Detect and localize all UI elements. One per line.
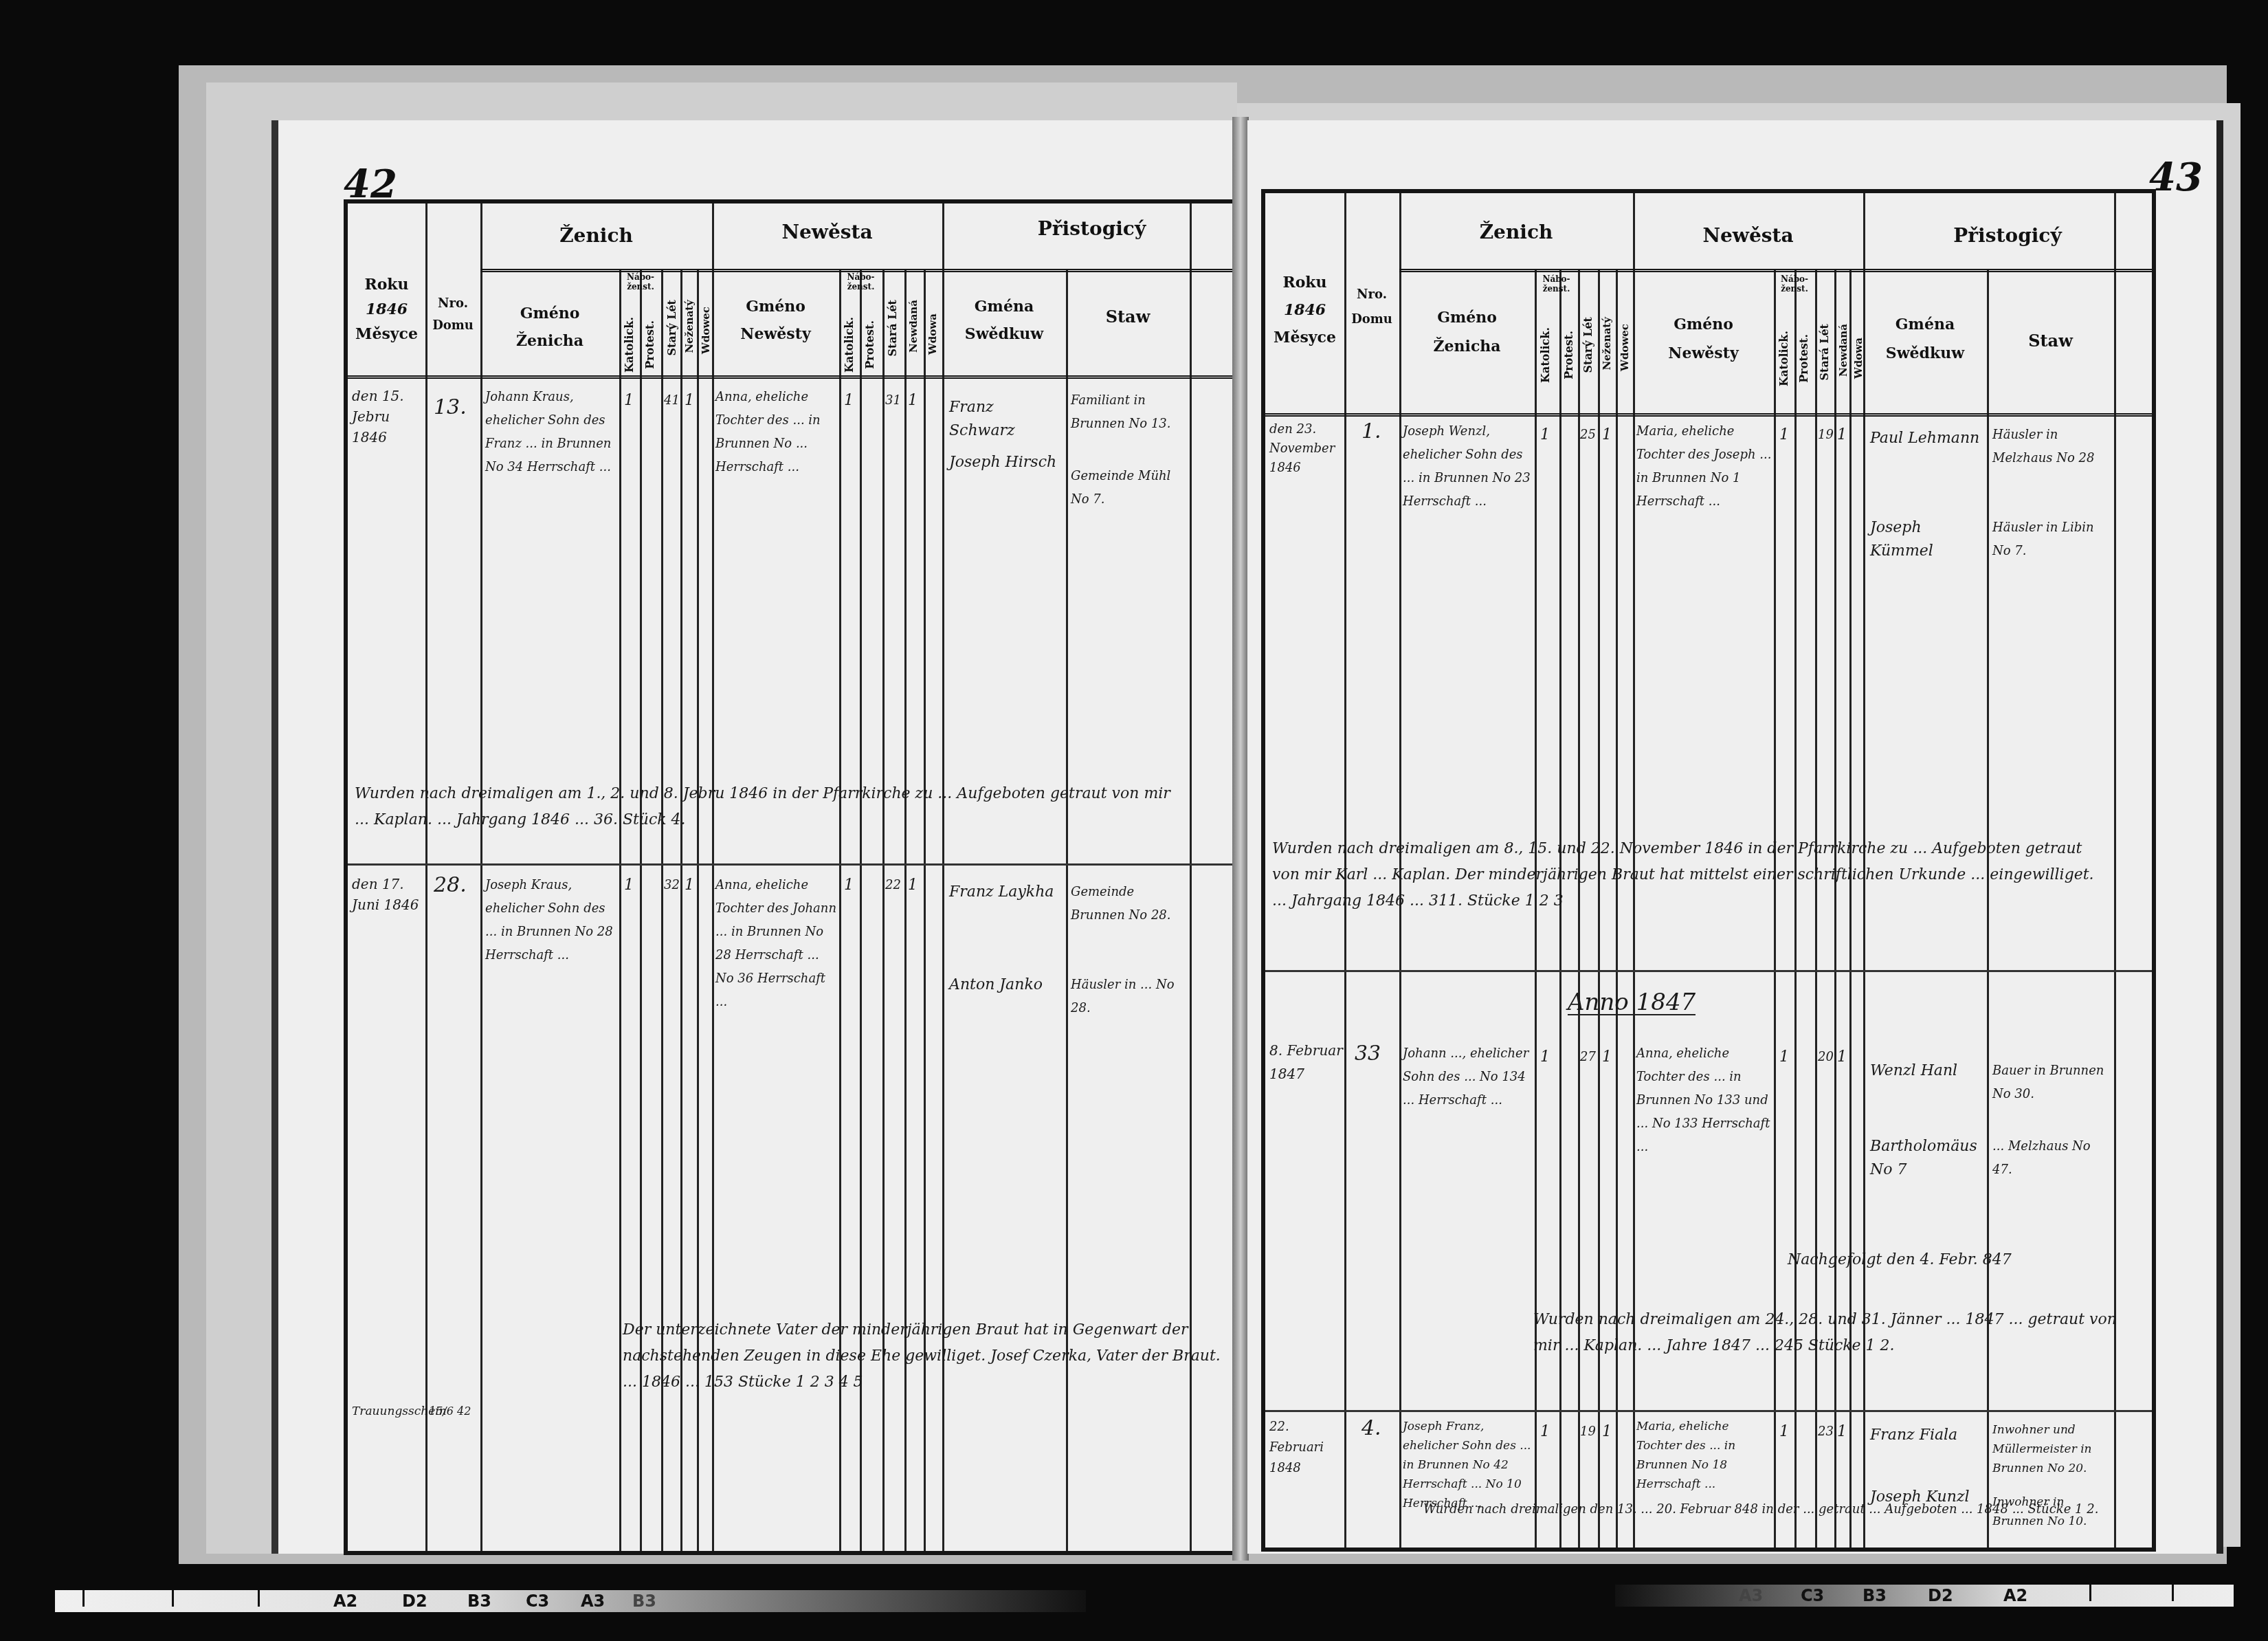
- header-year: 1846: [348, 297, 425, 322]
- scale-label: D2: [402, 1592, 427, 1611]
- header-zenicha: Ženicha: [480, 327, 619, 355]
- entry-groom-katol: 1: [1540, 1046, 1550, 1069]
- scale-label: B3: [1863, 1586, 1887, 1605]
- entry-groom-age: 41: [664, 389, 680, 412]
- header-pristogicy: Přistogicý: [942, 217, 1241, 240]
- entry-groom-katol: 1: [1540, 1420, 1550, 1444]
- header-stara-let: Stará Lét: [886, 300, 899, 357]
- entry-bride-age: 22: [885, 874, 901, 897]
- header-wdowec: Wdowec: [700, 307, 712, 354]
- entry-groom: Johann ..., ehelicher Sohn des ... No 13…: [1403, 1042, 1532, 1112]
- header-katolick-bride: Katolick.: [843, 317, 856, 373]
- entry-groom: Joseph Franz, ehelicher Sohn des ... in …: [1403, 1417, 1532, 1513]
- entry-date: den 15. Jebru 1846: [352, 386, 424, 448]
- entry-status-2: Häusler in ... No 28.: [1071, 973, 1188, 1020]
- header-protest-bride: Protest.: [863, 320, 876, 369]
- header-mesyce: Měsyce: [348, 322, 425, 346]
- scale-label: B3: [467, 1592, 491, 1611]
- header-nabozenst-bride: Nábo- ženst.: [839, 272, 882, 291]
- header-staw: Staw: [1987, 331, 2114, 351]
- header-zenich: Ženich: [1399, 221, 1633, 243]
- header-mesyce: Měsyce: [1265, 324, 1344, 351]
- entry-date: 8. Februar 1847: [1269, 1039, 1344, 1086]
- header-zenicha: Ženicha: [1399, 332, 1535, 361]
- entry-bride-katol: 1: [1779, 1420, 1789, 1444]
- entry-bride-age: 19: [1818, 423, 1834, 447]
- scale-bar-right: A3 C3 B3 D2 A2: [1615, 1585, 2234, 1607]
- entry-groom-katol: 1: [1540, 423, 1550, 447]
- entry-groom: Johann Kraus, ehelicher Sohn des Franz .…: [485, 386, 616, 479]
- entry-groom-katol: 1: [624, 389, 634, 412]
- entry-bride: Maria, eheliche Tochter des Joseph ... i…: [1636, 420, 1772, 514]
- header-swedkuw: Swědkuw: [942, 320, 1066, 348]
- entry-house-no: 1.: [1361, 420, 1381, 443]
- entry-witness-2: Anton Janko: [949, 973, 1063, 997]
- entry-house-no: 13.: [434, 396, 467, 419]
- header-pristogicy: Přistogicý: [1863, 224, 2152, 247]
- entry-bride-katol: 1: [1779, 1046, 1789, 1069]
- entry-bride-single: 1: [908, 389, 918, 412]
- right-register-table: Roku 1846 Měsyce Nro. Domu Ženich Newěst…: [1261, 189, 2156, 1552]
- entry-bride-age: 20: [1818, 1046, 1834, 1069]
- right-page-number: 43: [2149, 155, 2203, 200]
- scale-label: C3: [526, 1592, 549, 1611]
- entry-status-2: Gemeinde Mühl No 7.: [1071, 465, 1188, 511]
- header-year: 1846: [1265, 296, 1344, 324]
- header-roku: Roku: [348, 272, 425, 297]
- scale-label: A3: [581, 1592, 605, 1611]
- entry-witness-1: Wenzl Hanl: [1870, 1059, 1983, 1083]
- entry-house-no: 4.: [1361, 1417, 1381, 1440]
- entry-note: Der unterzeichnete Vater der minderjähri…: [623, 1317, 1227, 1396]
- entry-bride-age: 23: [1818, 1420, 1834, 1444]
- entry-date: 22. Februari 1848: [1269, 1417, 1344, 1479]
- entry-groom-single: 1: [1602, 1420, 1612, 1444]
- scale-bar-left: A2 D2 B3 C3 A3 B3: [55, 1590, 1086, 1612]
- header-domu: Domu: [1344, 307, 1399, 332]
- entry-bride-single: 1: [1837, 423, 1847, 447]
- header-stara-let: Stará Lét: [1818, 324, 1831, 381]
- scale-label: A2: [333, 1592, 357, 1611]
- entry-bride: Maria, eheliche Tochter des ... in Brunn…: [1636, 1417, 1772, 1494]
- entry-status-2: Häusler in Libin No 7.: [1992, 516, 2113, 563]
- entry-house-no: 28.: [434, 874, 467, 897]
- entry-note: Wurden nach dreimaligen am 8., 15. und 2…: [1272, 836, 2111, 914]
- entry-bride-single: 1: [1837, 1046, 1847, 1069]
- entry-groom-single: 1: [685, 874, 694, 897]
- entry-status-1: Bauer in Brunnen No 30.: [1992, 1059, 2113, 1106]
- entry-witness-2: Joseph Hirsch: [949, 451, 1063, 474]
- header-swedkuw: Swědkuw: [1863, 339, 1987, 368]
- header-gmeno-newesty: Gméno: [712, 293, 839, 320]
- entry-groom: Joseph Wenzl, ehelicher Sohn des ... in …: [1403, 420, 1532, 514]
- header-newdana: Newdaná: [907, 300, 920, 353]
- entry-groom-single: 1: [1602, 1046, 1612, 1069]
- header-protest: Protest.: [643, 320, 656, 369]
- entry-note: Wurden nach dreimaligen am 1., 2. und 8.…: [355, 781, 1179, 833]
- entry-witness-1: Franz Schwarz: [949, 396, 1063, 443]
- header-nro: Nro.: [425, 293, 480, 315]
- entry-status-1: Häusler in Melzhaus No 28: [1992, 423, 2113, 470]
- entry-date: den 23. November 1846: [1269, 420, 1344, 478]
- header-gmeno-newesty: Gméno: [1633, 310, 1774, 339]
- header-gmena: Gména: [1863, 310, 1987, 339]
- entry-bride-single: 1: [908, 874, 918, 897]
- entry-note: Wurden nach dreimaligen am 24., 28. und …: [1533, 1307, 2124, 1359]
- header-nezenaty: Neženatý: [683, 300, 696, 353]
- entry-extra-note: Nachgefolgt den 4. Febr. 847: [1788, 1248, 2117, 1272]
- header-protest: Protest.: [1562, 331, 1575, 379]
- entry-bride-age: 31: [885, 389, 901, 412]
- entry-bride: Anna, eheliche Tochter des ... in Brunne…: [715, 386, 838, 479]
- header-katolick: Katolick.: [1539, 327, 1552, 383]
- entry-groom-age: 27: [1580, 1046, 1596, 1069]
- entry-house-no: 33: [1355, 1042, 1381, 1066]
- entry-witness-2: Bartholomäus No 7: [1870, 1135, 1983, 1182]
- entry-date: den 17. Juni 1846: [352, 874, 424, 915]
- header-gmeno: Gméno: [1399, 303, 1535, 332]
- entry-groom-age: 32: [664, 874, 680, 897]
- scale-label: A3: [1739, 1586, 1763, 1605]
- entry-bride: Anna, eheliche Tochter des Johann ... in…: [715, 874, 838, 1014]
- entry-witness-1: Franz Fiala: [1870, 1424, 1983, 1447]
- scale-label: B3: [632, 1592, 656, 1611]
- header-katolick: Katolick.: [623, 317, 636, 373]
- header-nabozenst: Nábo- ženst.: [1535, 274, 1578, 294]
- entry-status-2: ... Melzhaus No 47.: [1992, 1135, 2113, 1182]
- right-page: 43 Roku 1846 Měsyce Nro. Domu Ženich New…: [1247, 120, 2223, 1554]
- entry-bride-single: 1: [1837, 1420, 1847, 1444]
- scale-label: D2: [1928, 1586, 1953, 1605]
- header-stary-let: Starý Lét: [665, 300, 678, 355]
- margin-note-label: Trauungsschein: [352, 1400, 424, 1423]
- header-nro: Nro.: [1344, 283, 1399, 307]
- header-gmeno: Gméno: [480, 300, 619, 327]
- entry-bride-katol: 1: [844, 389, 854, 412]
- header-protest-bride: Protest.: [1797, 334, 1810, 383]
- entry-groom-katol: 1: [624, 874, 634, 897]
- header-staw: Staw: [1066, 307, 1190, 327]
- entry-groom: Joseph Kraus, ehelicher Sohn des ... in …: [485, 874, 616, 967]
- header-roku: Roku: [1265, 269, 1344, 296]
- scale-label: A2: [2003, 1586, 2027, 1605]
- header-wdowa: Wdowa: [926, 313, 939, 355]
- entry-note: Wurden nach dreimaligen den 13. ... 20. …: [1423, 1499, 2111, 1520]
- header-gmena: Gména: [942, 293, 1066, 320]
- header-newesty: Newěsty: [1633, 339, 1774, 368]
- header-zenich: Ženich: [480, 224, 712, 247]
- book-spine: [1232, 117, 1249, 1561]
- entry-bride: Anna, eheliche Tochter des ... in Brunne…: [1636, 1042, 1772, 1159]
- header-katolick-bride: Katolick.: [1777, 331, 1790, 386]
- left-page: 42 Roku 1846 Měsyce Nro. Domu Ženich: [271, 120, 1241, 1554]
- header-domu: Domu: [425, 315, 480, 337]
- header-nabozenst-bride: Nábo- ženst.: [1774, 274, 1815, 294]
- header-newesta: Newěsta: [712, 221, 942, 243]
- entry-groom-age: 25: [1580, 423, 1596, 447]
- entry-status-1: Familiant in Brunnen No 13.: [1071, 389, 1188, 436]
- scale-label: C3: [1801, 1586, 1824, 1605]
- margin-note-value: 15/6 42: [429, 1400, 471, 1423]
- entry-status-1: Inwohner und Müllermeister in Brunnen No…: [1992, 1420, 2113, 1478]
- entry-groom-single: 1: [1602, 423, 1612, 447]
- entry-status-1: Gemeinde Brunnen No 28.: [1071, 881, 1188, 927]
- entry-groom-age: 19: [1580, 1420, 1596, 1444]
- entry-groom-single: 1: [685, 389, 694, 412]
- entry-witness-2: Joseph Kümmel: [1870, 516, 1983, 563]
- header-nezenaty: Neženatý: [1601, 317, 1613, 371]
- section-title-anno: Anno 1847: [1568, 991, 1696, 1015]
- entry-witness-1: Franz Laykha: [949, 881, 1063, 904]
- header-nabozenst: Nábo- ženst.: [619, 272, 662, 291]
- entry-witness-1: Paul Lehmann: [1870, 427, 1983, 450]
- header-wdowec: Wdowec: [1619, 324, 1631, 371]
- entry-bride-katol: 1: [844, 874, 854, 897]
- header-newesty: Newěsty: [712, 320, 839, 348]
- entry-bride-katol: 1: [1779, 423, 1789, 447]
- header-newdana: Newdaná: [1837, 324, 1849, 377]
- left-register-table: Roku 1846 Měsyce Nro. Domu Ženich Newěst…: [344, 199, 1245, 1555]
- header-stary-let: Starý Lét: [1581, 317, 1594, 373]
- header-newesta: Newěsta: [1633, 224, 1863, 247]
